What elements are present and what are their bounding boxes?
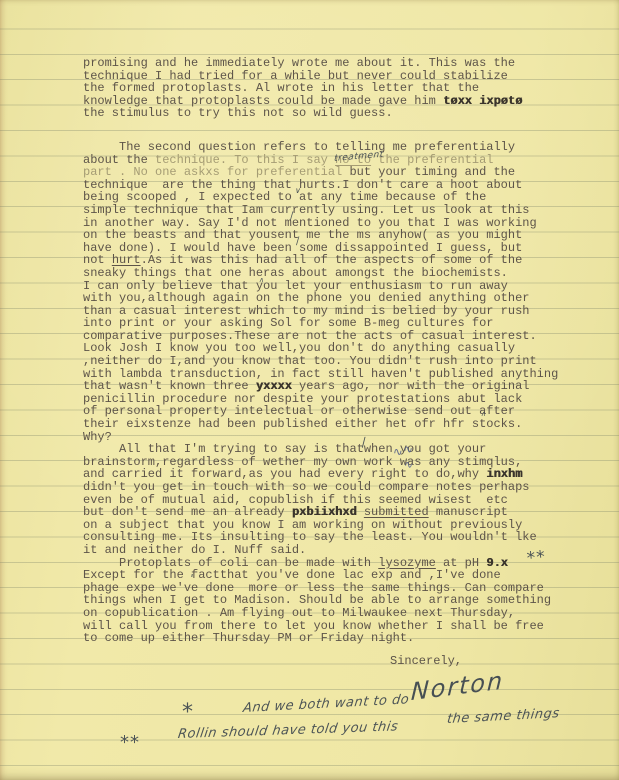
ink-scribble-right: ∿: [404, 458, 414, 473]
closing: Sincerely,: [390, 654, 462, 668]
text-run: their eixstenze had been published eithe…: [83, 417, 522, 431]
letter-page: promising and he immediately wrote me ab…: [0, 0, 619, 780]
paragraph: All that I'm trying to say is thatwhen y…: [83, 443, 569, 556]
text-run: the stimulus to try this not so wild gue…: [83, 106, 393, 120]
footnote1-text-left: And we both want to do: [242, 692, 410, 716]
text-run: tøxx ixpøtø: [443, 94, 522, 108]
typed-line: the stimulus to try this not so wild gue…: [83, 107, 569, 120]
signature-norton: Norton: [410, 666, 505, 706]
text-run: to come up either Thursday PM or Friday …: [83, 631, 414, 645]
paragraph: The second question refers to telling me…: [83, 141, 569, 443]
paragraph: promising and he immediately wrote me ab…: [83, 57, 569, 120]
typed-line: their eixstenze had been published eithe…: [83, 418, 569, 431]
typed-line: to come up either Thursday PM or Friday …: [83, 632, 569, 645]
letter-body: promising and he immediately wrote me ab…: [83, 57, 569, 645]
paragraph: Protoplats of coli can be made with lyso…: [83, 557, 569, 645]
double-star-ph: **: [526, 547, 547, 569]
footnote1-text-right: the same things: [446, 706, 560, 727]
footnote1-star: *: [182, 700, 194, 725]
footnote2-text: Rollin should have told you this: [177, 719, 399, 742]
footnote2-star: **: [120, 732, 140, 753]
